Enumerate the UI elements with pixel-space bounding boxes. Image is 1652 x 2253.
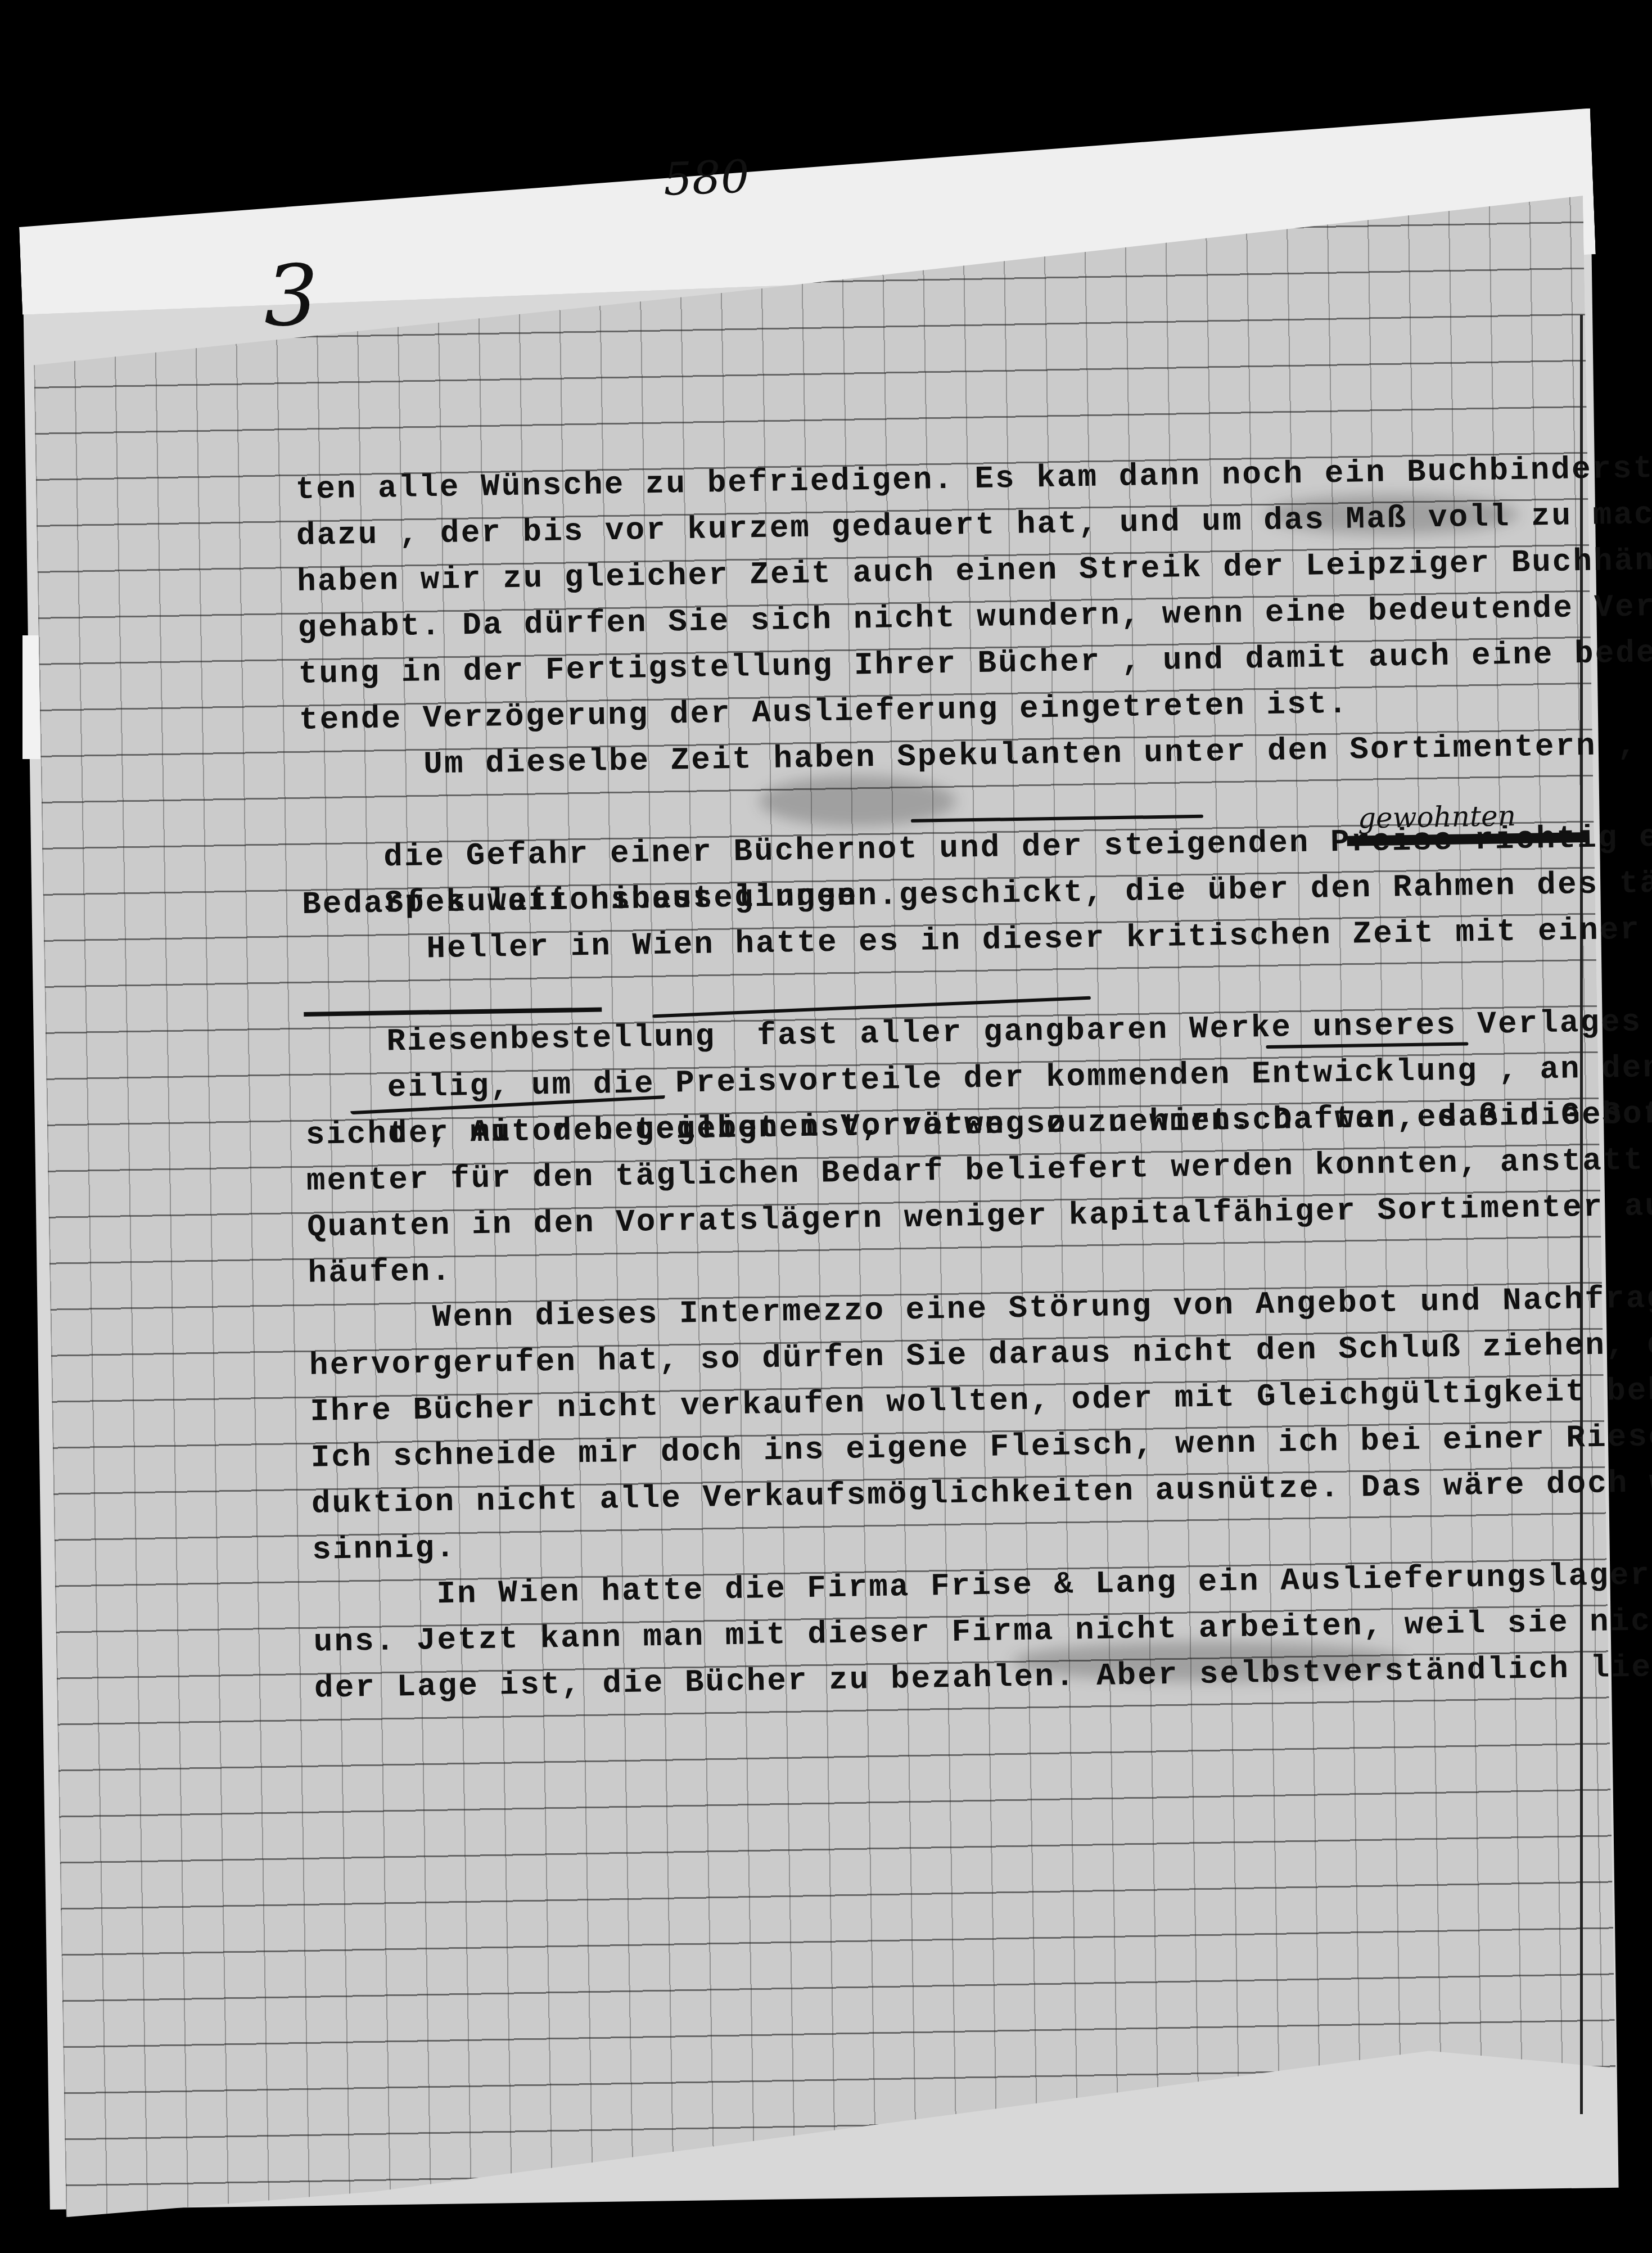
archive-page-number: 580 xyxy=(662,150,750,205)
handwritten-underline xyxy=(911,815,1203,823)
sheet-number: 3 xyxy=(264,247,318,345)
typed-letter-body: ten alle Wünsche zu befriedigen. Es kam … xyxy=(295,446,1608,1712)
strikeout-mark xyxy=(1347,832,1589,846)
handwritten-underline xyxy=(304,1008,602,1017)
